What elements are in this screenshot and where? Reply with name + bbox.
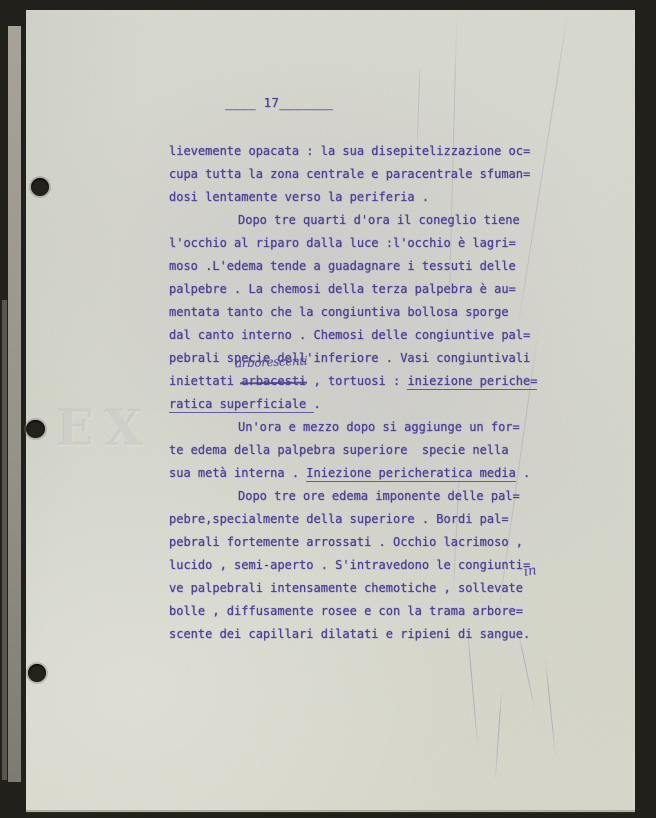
typewritten-line: moso .L'edema tende a guadagnare i tessu… [169, 255, 569, 278]
line-segment: , tortuosi : [306, 374, 407, 388]
typewritten-line: Un'ora e mezzo dopo si aggiunge un for= [238, 416, 569, 439]
typewritten-line: pebrali fortemente arrossati . Occhio la… [169, 531, 569, 554]
ink-scratch-mark [495, 690, 502, 780]
typewritten-line: dosi lentamente verso la periferia . [169, 186, 569, 209]
handwritten-correction: arborescenti [235, 354, 308, 371]
ink-scratch-mark [545, 658, 556, 758]
underlined-phrase: iniezione periche= [407, 374, 537, 390]
typewritten-line: mentata tanto che la congiuntiva bollosa… [169, 301, 569, 324]
typewritten-line: pebrali specie dell'inferiore . Vasi con… [169, 347, 569, 370]
underlying-page-edge [8, 26, 21, 782]
typewritten-line: Dopo tre quarti d'ora il coneglio tiene [238, 209, 569, 232]
punch-hole [26, 420, 45, 438]
typewritten-line: lievemente opacata : la sua disepitelizz… [169, 140, 569, 163]
typewritten-line: Dopo tre ore edema imponente delle pal= [238, 485, 569, 508]
page-number: ____ 17_______ [225, 95, 333, 110]
struck-out-word: arbacesti [241, 374, 306, 388]
typewritten-line: ratica superficiale . [169, 393, 569, 416]
typewritten-line: palpebre . La chemosi della terza palpeb… [169, 278, 569, 301]
typewritten-line: dal canto interno . Chemosi delle congiu… [169, 324, 569, 347]
document-page: EX ____ 17_______ lievemente opacata : l… [26, 10, 635, 810]
underlying-page-edge [2, 300, 7, 780]
typewritten-line: bolle , diffusamente rosee e con la tram… [169, 600, 569, 623]
handwritten-insertion: in [523, 563, 537, 580]
underlined-phrase: ratica superficiale [169, 397, 314, 413]
typewritten-line: sua metà interna . Iniezione pericherati… [169, 462, 569, 485]
typewritten-line: cupa tutta la zona centrale e paracentra… [169, 163, 569, 186]
underlined-phrase: Iniezione pericheratica media [306, 466, 516, 482]
typewritten-line: iniettati arbacesti , tortuosi : iniezio… [169, 370, 569, 393]
punch-hole [28, 664, 46, 682]
paper-watermark: EX [56, 398, 153, 457]
typewritten-line: pebre,specialmente della superiore . Bor… [169, 508, 569, 531]
typewritten-line: te edema della palpebra superiore specie… [169, 439, 569, 462]
typewritten-text: lievemente opacata : la sua disepitelizz… [169, 140, 569, 646]
line-segment: iniettati [169, 374, 241, 388]
line-segment: . [516, 466, 530, 480]
line-segment: sua metà interna . [169, 466, 306, 480]
scan-background: EX ____ 17_______ lievemente opacata : l… [0, 0, 656, 818]
typewritten-line: l'occhio al riparo dalla luce :l'occhio … [169, 232, 569, 255]
paper-crease [417, 65, 421, 150]
typewritten-line: scente dei capillari dilatati e ripieni … [169, 623, 569, 646]
typewritten-line: ve palpebrali intensamente chemotiche , … [169, 577, 569, 600]
punch-hole [31, 178, 49, 196]
line-segment: . [314, 397, 321, 411]
typewritten-line: lucido , semi-aperto . S'intravedono le … [169, 554, 569, 577]
